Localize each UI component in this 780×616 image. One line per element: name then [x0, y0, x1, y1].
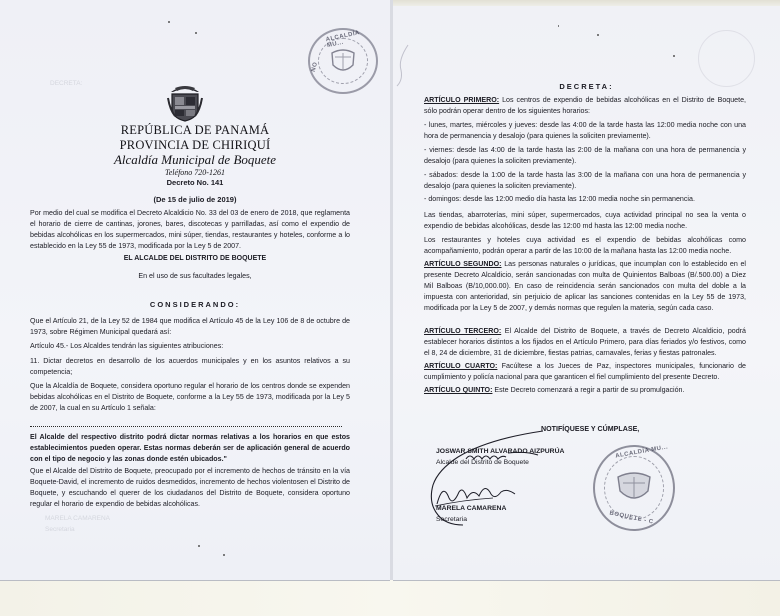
article-label: ARTÍCULO TERCERO:	[424, 327, 501, 335]
coat-of-arms-icon	[167, 84, 203, 122]
authority-heading: EL ALCALDE DEL DISTRITO DE BOQUETE	[0, 253, 390, 264]
dotted-separator	[30, 426, 342, 427]
article-label: ARTÍCULO CUARTO:	[424, 362, 497, 370]
considerando-paragraph: 11. Dictar decretos en desarrollo de los…	[30, 356, 350, 378]
article-label: ARTÍCULO QUINTO:	[424, 386, 492, 394]
decreta-heading: DECRETA:	[393, 82, 780, 91]
articulo-tercero: ARTÍCULO TERCERO: El Alcalde del Distrit…	[424, 326, 746, 359]
coat-of-arms-icon	[329, 47, 357, 75]
articulo-cuarto: ARTÍCULO CUARTO: Facúltese a los Jueces …	[424, 361, 746, 383]
articulo-primero: ARTÍCULO PRIMERO: Los centros de expendi…	[424, 95, 746, 117]
bleed-through-text: Secretaria	[45, 526, 75, 533]
municipality-heading: Alcaldía Municipal de Boquete	[0, 152, 390, 168]
republic-heading: REPÚBLICA DE PANAMÁ	[0, 123, 390, 138]
considerando-paragraph: Artículo 45.- Los Alcaldes tendrán las s…	[30, 341, 350, 352]
law-quote: El Alcalde del respectivo distrito podrá…	[30, 432, 350, 465]
considerando-paragraph: Que la Alcaldía de Boquete, considera op…	[30, 381, 350, 414]
schedule-item: - lunes, martes, miércoles y jueves: des…	[424, 120, 746, 142]
bleed-through-text: MARELA CAMARENA	[45, 515, 110, 522]
stores-paragraph: Las tiendas, abarroterías, mini súper, s…	[424, 210, 746, 232]
coat-of-arms-icon	[615, 469, 653, 505]
closing-paragraph: Que el Alcalde del Distrito de Boquete, …	[30, 466, 350, 510]
articulo-segundo: ARTÍCULO SEGUNDO: Las personas naturales…	[424, 259, 746, 314]
decree-date: (De 15 de julio de 2019)	[0, 195, 390, 204]
municipal-seal-stamp: ALCALDÍA MU... NO	[308, 28, 378, 94]
scanner-background	[0, 580, 780, 616]
phone-number: Teléfono 720-1261	[0, 168, 390, 177]
decree-number: Decreto No. 141	[0, 178, 390, 187]
intro-paragraph: Por medio del cual se modifica el Decret…	[30, 208, 350, 252]
articulo-quinto: ARTÍCULO QUINTO: Este Decreto comenzará …	[424, 385, 746, 396]
article-label: ARTÍCULO PRIMERO:	[424, 96, 499, 104]
municipal-seal-stamp: ALCALDÍA MU... BOQUETE - C	[593, 445, 675, 531]
document-page-right: DECRETA: ARTÍCULO PRIMERO: Los centros d…	[393, 0, 780, 581]
schedule-item: - viernes: desde las 4:00 de la tarde ha…	[424, 145, 746, 167]
province-heading: PROVINCIA DE CHIRIQUÍ	[0, 138, 390, 153]
considerando-heading: CONSIDERANDO:	[0, 300, 390, 309]
considerando-paragraph: Que el Artículo 21, de la Ley 52 de 1984…	[30, 316, 350, 338]
closing-formula: NOTIFÍQUESE Y CÚMPLASE,	[541, 424, 741, 435]
schedule-item: - sábados: desde la 1:00 de la tarde has…	[424, 170, 746, 192]
restaurants-paragraph: Los restaurantes y hoteles cuya activida…	[424, 235, 746, 257]
article-label: ARTÍCULO SEGUNDO:	[424, 260, 502, 268]
page-top-edge	[393, 0, 780, 6]
schedule-item: - domingos: desde las 12:00 medio día ha…	[424, 194, 746, 205]
powers-line: En el uso de sus facultades legales,	[0, 271, 390, 282]
faint-stamp-bleed	[698, 30, 755, 87]
document-page-left: DECRETA: MARELA CAMARENA Secretaria ALCA…	[0, 0, 390, 581]
